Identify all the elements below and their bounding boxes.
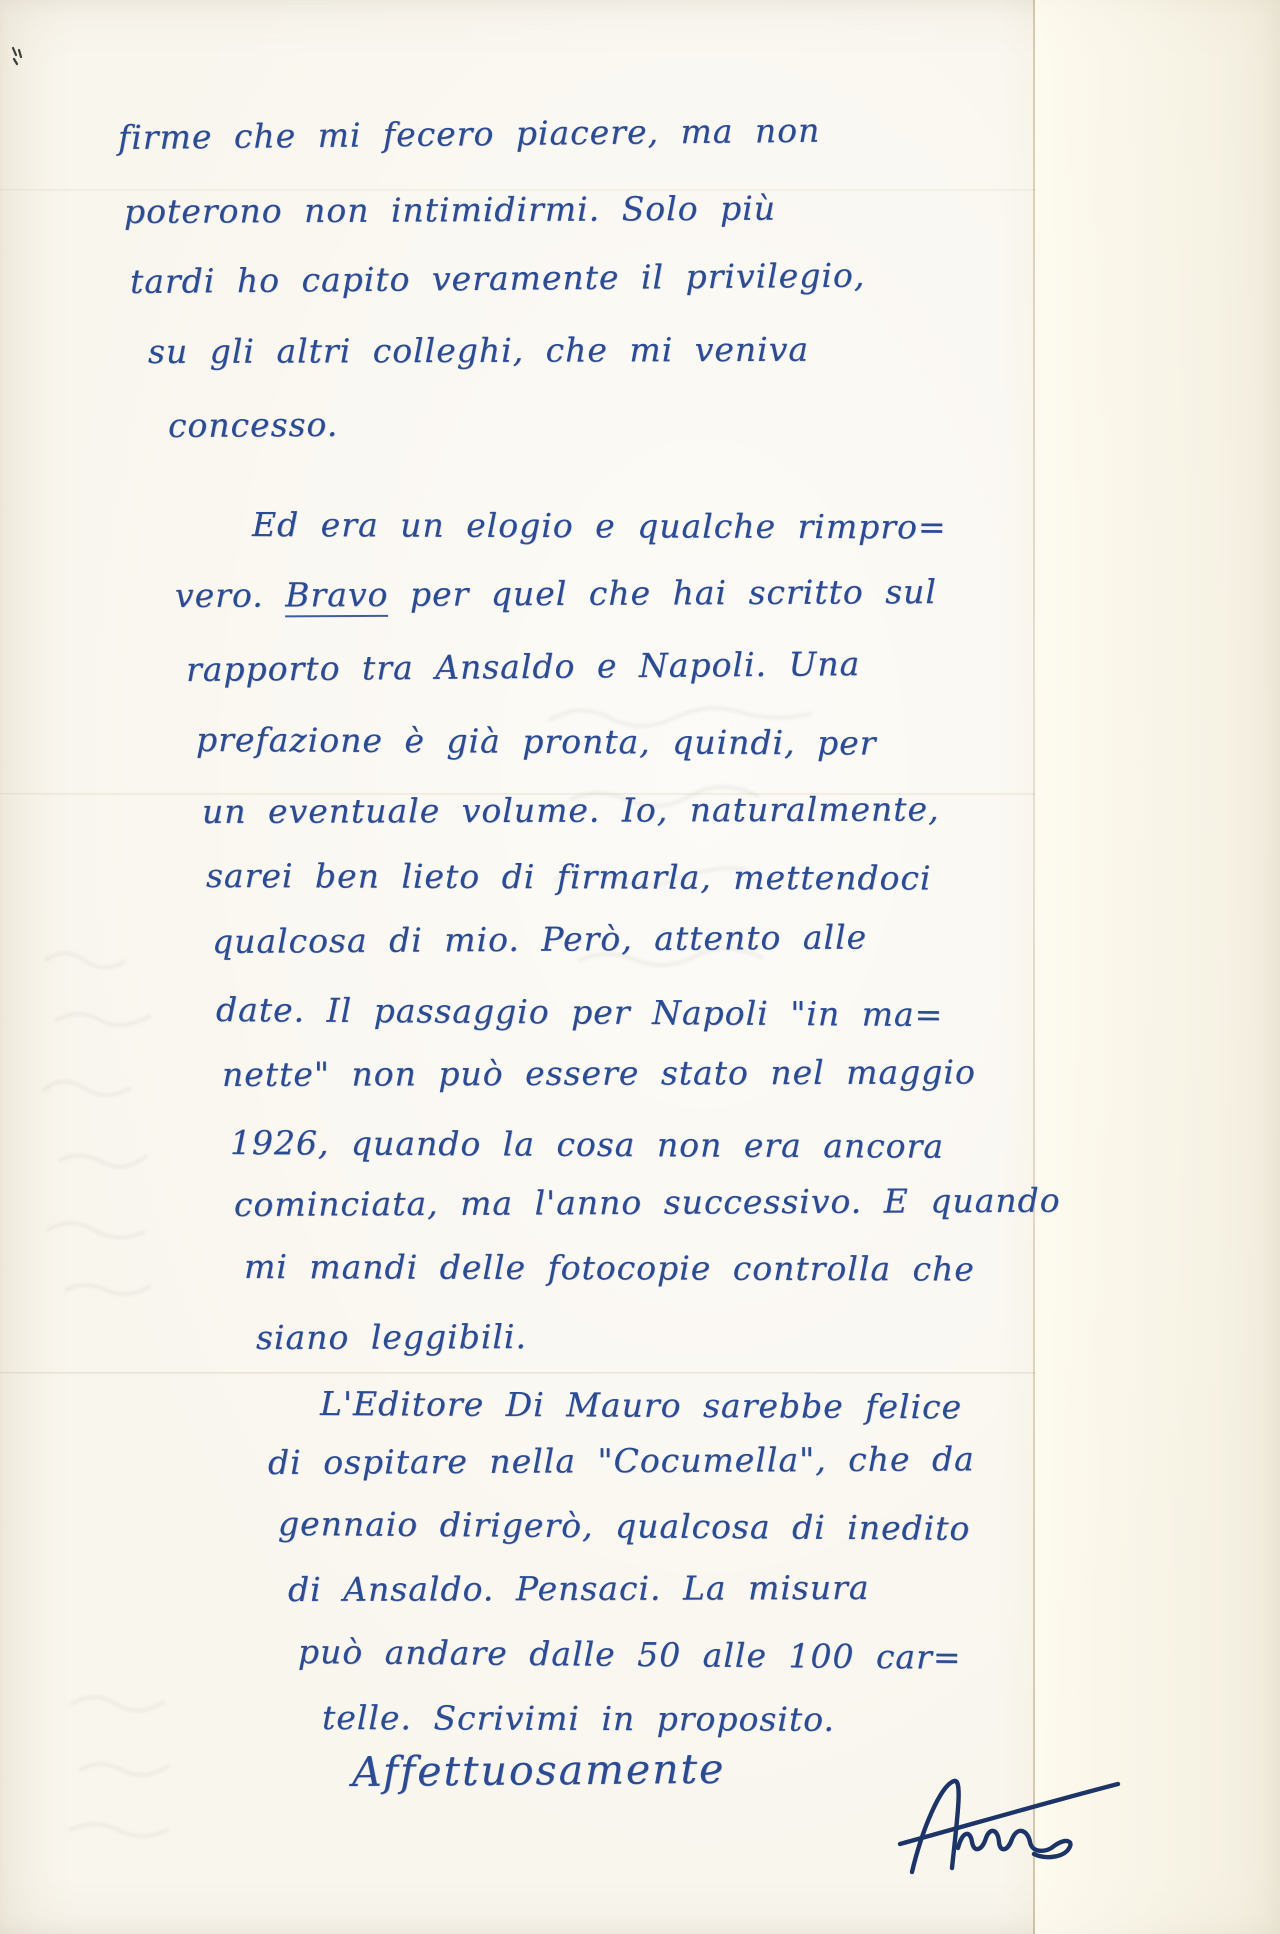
handwritten-line: su gli altri colleghi, che mi veniva [148, 330, 809, 371]
letter-page: firme che mi fecero piacere, ma nonpoter… [0, 0, 1280, 1934]
handwritten-line: cominciata, ma l'anno successivo. E quan… [234, 1181, 1061, 1224]
handwritten-line: L'Editore Di Mauro sarebbe felice [320, 1384, 962, 1426]
handwritten-line: gennaio dirigerò, qualcosa di inedito [278, 1504, 971, 1548]
handwritten-line: può andare dalle 50 alle 100 car= [298, 1632, 962, 1677]
letter-body: firme che mi fecero piacere, ma nonpoter… [0, 0, 1280, 1934]
handwritten-line: mi mandi delle fotocopie controlla che [244, 1247, 975, 1289]
handwritten-line: Ed era un elogio e qualche rimpro= [252, 505, 947, 546]
handwritten-line: rapporto tra Ansaldo e Napoli. Una [186, 644, 861, 689]
underlined-word: Bravo [285, 575, 388, 618]
handwritten-line: nette" non può essere stato nel maggio [222, 1052, 976, 1094]
handwritten-line: tardi ho capito veramente il privilegio, [130, 256, 866, 301]
handwritten-line: prefazione è già pronta, quindi, per [196, 720, 877, 763]
handwritten-line: date. Il passaggio per Napoli "in ma= [216, 990, 944, 1034]
handwritten-line: sarei ben lieto di firmarla, mettendoci [206, 856, 932, 898]
handwritten-line: 1926, quando la cosa non era ancora [230, 1123, 944, 1166]
signature-scrawl [896, 1768, 1126, 1883]
handwritten-line: vero. Bravo per quel che hai scritto sul [175, 572, 937, 615]
handwritten-line: qualcosa di mio. Però, attento alle [212, 917, 867, 961]
handwritten-line: di Ansaldo. Pensaci. La misura [288, 1568, 870, 1609]
handwritten-line: siano leggibili. [256, 1317, 527, 1357]
handwritten-line: Affettuosamente [352, 1745, 726, 1796]
handwritten-line: di ospitare nella "Cocumella", che da [268, 1439, 975, 1482]
handwritten-line: concesso. [168, 405, 339, 445]
handwritten-line: un eventuale volume. Io, naturalmente, [202, 789, 940, 831]
handwritten-line: poterono non intimidirmi. Solo più [124, 189, 776, 231]
handwritten-line: telle. Scrivimi in proposito. [322, 1698, 835, 1739]
handwritten-line: firme che mi fecero piacere, ma non [118, 111, 821, 157]
